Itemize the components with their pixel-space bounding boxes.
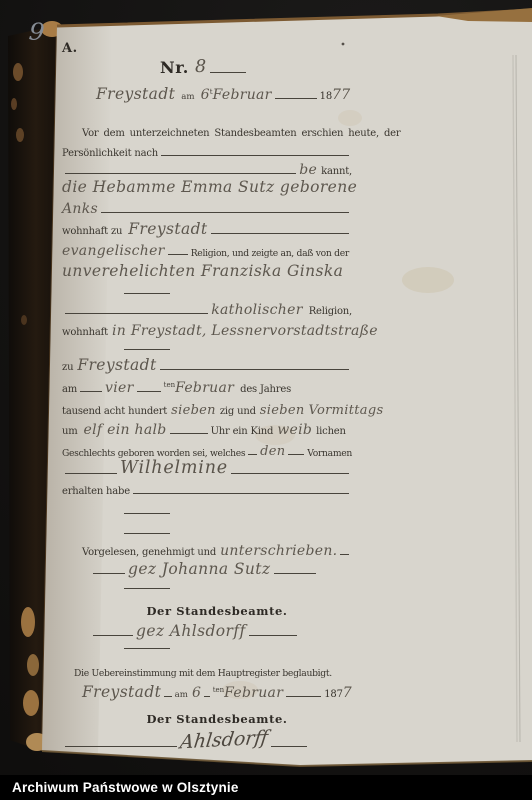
bekannt-printed: kannt, [321, 167, 352, 177]
mother-name: unverehelichten Franziska Ginska [62, 264, 343, 280]
residence2-value: in Freystadt, Lessnervorstadtstraße [112, 324, 378, 338]
registrar-title-line-1: Der Standesbeamte. [62, 600, 352, 617]
certification-am-label: am [175, 691, 188, 700]
unterschrieben-value: unterschrieben. [220, 544, 337, 558]
birthdate-line: am vier ten Februar des Jahres [62, 378, 352, 395]
registrar-title-2: Der Standesbeamte. [146, 714, 287, 726]
binding-wear-patch [11, 98, 17, 110]
binding-wear-patch [23, 690, 39, 716]
year-printed: 18 [320, 92, 332, 102]
year-written: 77 [332, 88, 350, 102]
am2-label: am [62, 385, 77, 395]
pencil-page-number: 9 [28, 19, 46, 44]
registrar-signature: gez Ahlsdorff [136, 624, 246, 640]
ruled-line [133, 493, 349, 494]
vorgelesen-line: Vorgelesen, genehmigt und unterschrieben… [62, 541, 352, 558]
header-place: Freystadt [96, 87, 175, 103]
binding-wear-patch [27, 654, 39, 676]
ruled-line [168, 254, 188, 255]
ruled-line [65, 746, 177, 747]
zu-label: zu [62, 363, 73, 373]
vornamen-label: Vornamen [307, 449, 352, 458]
ruled-line [124, 513, 170, 514]
ruled-line [124, 588, 170, 589]
mother-line: unverehelichten Franziska Ginska [62, 261, 352, 279]
ruled-line [211, 233, 349, 234]
record-number-value: 8 [195, 59, 207, 77]
ruled-line [210, 72, 246, 73]
uhr-ein-kind-label: Uhr ein Kind [211, 427, 274, 437]
religion2-printed: Religion, [309, 307, 352, 317]
archive-caption-bar: Archiwum Państwowe w Olsztynie [0, 775, 532, 800]
birthplace-line: zu Freystadt [62, 356, 352, 373]
birth-month-value: Februar [175, 381, 234, 395]
ruled-line [286, 696, 321, 697]
unit-value: sieben [260, 404, 305, 417]
certification-ten-label: ten [213, 687, 224, 694]
wohnhaft-label: wohnhaft [62, 328, 108, 338]
ruled-line [80, 391, 102, 392]
des-jahres-label: des Jahres [240, 385, 291, 395]
binding-wear-patch [21, 315, 27, 325]
ruled-line [274, 573, 316, 574]
bekannt-line: be kannt, [62, 160, 352, 177]
ruled-line [65, 473, 117, 474]
gender-value: weib [277, 423, 312, 437]
record-number-label: Nr. [160, 60, 189, 76]
archival-scan-viewport: 9 A. Nr. 8 Freystadt am 6 t Februar 18 7… [0, 0, 532, 800]
paper-stain [402, 267, 454, 293]
birthplace-value: Freystadt [77, 358, 156, 374]
certification-statement-line: Die Uebereinstimmung mit dem Hauptregist… [62, 661, 352, 678]
header-day: 6 [201, 88, 210, 102]
residence-line-2: wohnhaft in Freystadt, Lessnervorstadtst… [62, 320, 352, 338]
record-number-line: Nr. 8 [62, 55, 352, 76]
ruled-line [204, 696, 210, 697]
decade-value: sieben [171, 404, 216, 417]
certification-date-line: Freystadt am 6 ten Februar 187 7 [62, 681, 352, 700]
certification-month: Februar [224, 686, 283, 700]
ruled-line [124, 533, 170, 534]
ruled-line [271, 746, 307, 747]
religion2-value: katholischer [211, 303, 302, 317]
child-name-line: Wilhelmine [62, 458, 352, 477]
declarant-birthname-line: Anks [62, 199, 352, 216]
erhalten-habe-label: erhalten habe [62, 487, 130, 497]
birthyear-line: tausend acht hundert sieben zig und sieb… [62, 400, 352, 417]
geschlecht-line: Geschlechts geboren worden sei, welches … [62, 441, 352, 458]
certification-statement: Die Uebereinstimmung mit dem Hauptregist… [74, 669, 332, 678]
declarant-signature-line: gez Johanna Sutz [62, 559, 352, 577]
ruled-line [124, 349, 170, 350]
ruled-line [160, 369, 349, 370]
registrar-signature-line: gez Ahlsdorff [62, 620, 352, 639]
ruled-line [164, 696, 171, 697]
ruled-line [161, 155, 349, 156]
binding-wear-patch [13, 63, 23, 81]
persoenlichkeit-label: Persönlichkeit nach [62, 149, 158, 159]
ruled-line [93, 635, 133, 636]
registrar-title: Der Standesbeamte. [146, 606, 287, 618]
certification-year-written: 7 [343, 686, 352, 700]
ruled-line [65, 313, 208, 314]
certification-day: 6 [192, 686, 201, 700]
ruled-line [231, 473, 349, 474]
ruled-line [340, 554, 349, 555]
registrar-title-line-2: Der Standesbeamte. [62, 708, 352, 725]
intro-line: Vor dem unterzeichneten Standesbeamten e… [62, 122, 352, 139]
ruled-line [248, 454, 257, 455]
section-letter: A. [62, 42, 78, 55]
residence1-value: Freystadt [128, 222, 207, 238]
archive-label: Archiwum Państwowe w Olsztynie [0, 775, 532, 800]
ruled-line [288, 454, 304, 455]
binding-wear-patch [21, 607, 35, 637]
vorgelesen-label: Vorgelesen, genehmigt und [82, 548, 216, 558]
ruled-line [93, 573, 125, 574]
religion1-value: evangelischer [62, 244, 165, 258]
birth-day-value: vier [105, 381, 134, 395]
lichen-label: lichen [316, 427, 346, 437]
ruled-line [65, 173, 296, 174]
certification-place: Freystadt [82, 685, 161, 701]
zig-und-label: zig und [220, 407, 256, 417]
wohnhaft-zu-label: wohnhaft zu [62, 227, 122, 237]
time-value: elf ein halb [84, 423, 167, 437]
declarant-line: die Hebamme Emma Sutz geborene [62, 177, 352, 195]
tausend-label: tausend acht hundert [62, 407, 167, 417]
binding-wear-patch [16, 128, 24, 142]
ruled-line [137, 391, 161, 392]
religion-line-2: katholischer Religion, [62, 300, 352, 317]
final-signature: Ahlsdorff [179, 729, 269, 753]
birthtime-line: um elf ein halb Uhr ein Kind weib lichen [62, 420, 352, 437]
certification-year-printed: 187 [324, 690, 343, 700]
intro-text: Vor dem unterzeichneten Standesbeamten e… [82, 129, 400, 139]
bekannt-handwritten: be [299, 163, 317, 177]
declarant-signature: gez Johanna Sutz [128, 562, 271, 578]
geschlechts-label: Geschlechts geboren worden sei, welches [62, 449, 245, 458]
section-letter-line: A. [62, 38, 352, 55]
final-signature-line: Ahlsdorff [62, 726, 352, 750]
child-name-value: Wilhelmine [120, 460, 228, 478]
religion-line-1: evangelischer Religion, und zeigte an, d… [62, 241, 352, 258]
ruled-line [124, 293, 170, 294]
persoenlichkeit-line: Persönlichkeit nach [62, 142, 352, 159]
den-value: den [260, 445, 285, 458]
declarant-birthname: Anks [62, 202, 98, 216]
ruled-line [124, 648, 170, 649]
ruled-line [275, 98, 317, 99]
header-month: Februar [213, 88, 272, 102]
religion1-printed: Religion, und zeigte an, daß von der [191, 249, 349, 258]
ruled-line [170, 433, 208, 434]
um-label: um [62, 427, 78, 437]
header-date-line: Freystadt am 6 t Februar 18 77 [62, 83, 352, 102]
declarant-name: die Hebamme Emma Sutz geborene [62, 180, 357, 196]
am-label: am [181, 93, 194, 102]
ruled-line [249, 635, 297, 636]
erhalten-line: erhalten habe [62, 480, 352, 497]
residence-line-1: wohnhaft zu Freystadt [62, 220, 352, 237]
ruled-line [101, 212, 349, 213]
ten-label: ten [164, 382, 175, 389]
daytime-value: Vormittags [309, 404, 384, 417]
